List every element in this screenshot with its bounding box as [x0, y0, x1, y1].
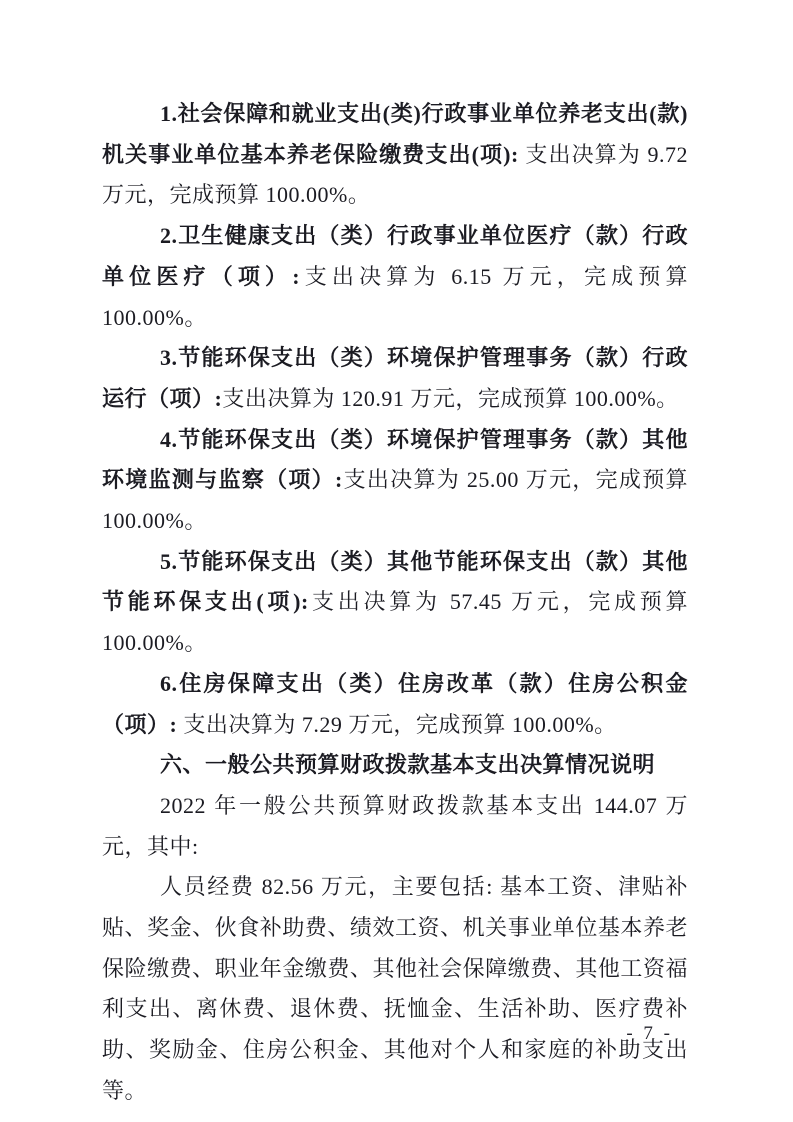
section-heading: 六、一般公共预算财政拨款基本支出决算情况说明 — [102, 745, 688, 786]
expense-item-3: 3.节能环保支出（类）环境保护管理事务（款）行政运行（项）:支出决算为 120.… — [102, 338, 688, 419]
paragraph-personnel-expenses: 人员经费 82.56 万元，主要包括: 基本工资、津贴补贴、奖金、伙食补助费、绩… — [102, 867, 688, 1111]
expense-item-1: 1.社会保障和就业支出(类)行政事业单位养老支出(款)机关事业单位基本养老保险缴… — [102, 94, 688, 216]
paragraph-basic-expenditure-total: 2022 年一般公共预算财政拨款基本支出 144.07 万元，其中: — [102, 786, 688, 867]
expense-item-3-detail: 支出决算为 120.91 万元，完成预算 100.00%。 — [222, 386, 678, 411]
document-body: 1.社会保障和就业支出(类)行政事业单位养老支出(款)机关事业单位基本养老保险缴… — [102, 94, 688, 1112]
expense-item-6-detail: 支出决算为 7.29 万元，完成预算 100.00%。 — [177, 712, 616, 737]
expense-item-4: 4.节能环保支出（类）环境保护管理事务（款）其他环境监测与监察（项）:支出决算为… — [102, 420, 688, 542]
page-number: - 7 - — [626, 1022, 673, 1046]
expense-item-2: 2.卫生健康支出（类）行政事业单位医疗（款）行政单位医疗（项）:支出决算为 6.… — [102, 216, 688, 338]
expense-item-6: 6.住房保障支出（类）住房改革（款）住房公积金（项）: 支出决算为 7.29 万… — [102, 664, 688, 745]
expense-item-5: 5.节能环保支出（类）其他节能环保支出（款）其他节能环保支出(项):支出决算为 … — [102, 542, 688, 664]
document-page: 1.社会保障和就业支出(类)行政事业单位养老支出(款)机关事业单位基本养老保险缴… — [0, 0, 793, 1122]
